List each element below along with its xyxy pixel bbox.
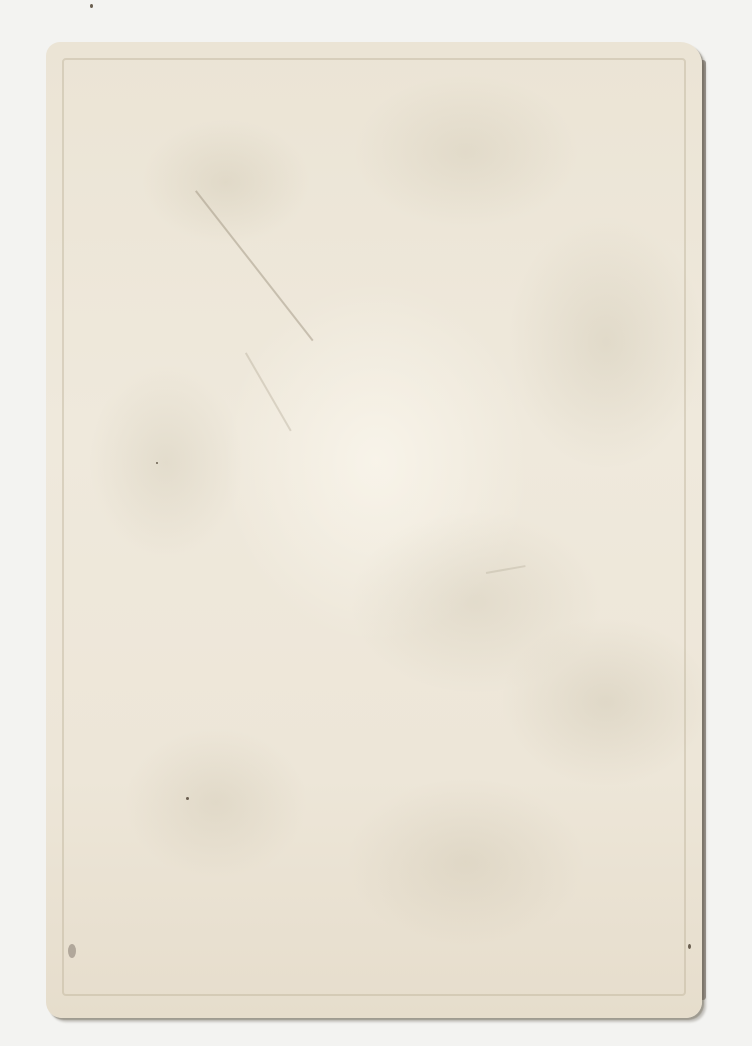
paper-speck <box>156 462 158 464</box>
paper-speck <box>186 797 189 800</box>
background-speck <box>688 944 691 949</box>
corner-stain <box>68 944 76 958</box>
background-speck <box>90 4 93 8</box>
photo-card-back <box>46 42 702 1018</box>
card-inner-border <box>62 58 686 996</box>
